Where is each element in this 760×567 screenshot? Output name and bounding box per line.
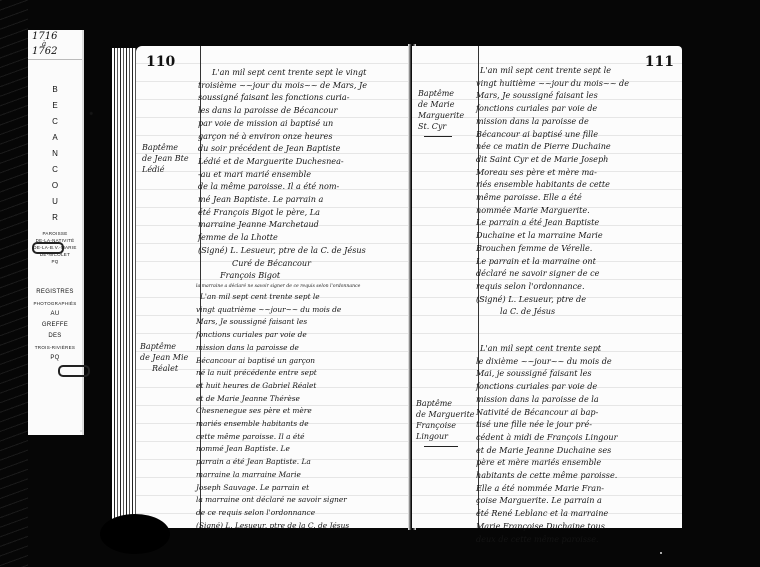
margin-note-baptism-4: Baptême de Marguerite Françoise Lingour: [416, 398, 475, 442]
entry-line: nommée Marie Marguerite.: [476, 204, 629, 217]
baptism-entry-1: L'an mil sept cent trente sept le vingt …: [198, 66, 367, 282]
margin-note-line: Marguerite: [418, 110, 464, 121]
entry-line: L'an mil sept cent trente sept le: [196, 291, 360, 304]
entry-line: le dixième ~~jour~~ du mois de: [476, 355, 617, 368]
margin-note-line: de Marguerite: [416, 409, 475, 420]
margin-note-line: St. Cyr: [418, 121, 464, 132]
entry-line: vingt huitième ~~jour du mois~~ de: [476, 77, 629, 90]
entry-line: la marraine ont déclaré ne savoir signer: [196, 494, 360, 507]
entry-line: -au et mari marié ensemble: [198, 168, 367, 181]
margin-note-line: Lédié: [142, 164, 189, 175]
entry-line: Bécancour ai baptisé une fille: [476, 128, 629, 141]
entry-line: Mars, Je soussigné faisant les: [196, 316, 360, 329]
margin-note-line: Baptême: [418, 88, 464, 99]
entry-line: père et mère mariés ensemble: [476, 456, 617, 469]
entry-line: Chesnenegue ses père et mère: [196, 405, 360, 418]
margin-divider: [424, 136, 452, 137]
entry-line: et de Marie Jeanne Thérèse: [196, 393, 360, 406]
entry-line: même paroisse. Elle a été: [476, 191, 629, 204]
entry-line: de ce requis selon l'ordonnance: [196, 507, 360, 520]
entry-line: Brouchen femme de Vérelle.: [476, 242, 629, 255]
entry-line: Moreau ses père et mère ma-: [476, 166, 629, 179]
label-letter: N: [52, 146, 58, 162]
margin-note-line: Baptême: [140, 341, 188, 352]
entry-line: été René Leblanc et la marraine: [476, 507, 617, 520]
entry-line: deux de cette même paroisse.: [476, 533, 617, 546]
entry-line: mission dans la paroisse de la: [476, 393, 617, 406]
entry-note: la marraine a déclaré ne savoir signer d…: [196, 283, 360, 291]
label-archive-line: GREFFE: [33, 320, 76, 331]
label-archive-line: AU: [33, 309, 76, 320]
entry-line: riés ensemble habitants de cette: [476, 178, 629, 191]
left-page-number: 110: [146, 54, 175, 70]
margin-note-line: Lingour: [416, 431, 475, 442]
margin-note-line: Réalet: [140, 363, 188, 374]
label-parish-name: B E C A N C O U R: [52, 82, 58, 226]
entry-signature: (Signé) L. Lesueur, ptre de la C. de Jés…: [198, 244, 367, 257]
entry-line: Nativité de Bécancour ai bap-: [476, 406, 617, 419]
entry-line: Le parrain et la marraine ont: [476, 255, 629, 268]
entry-line: femme de la Lhotte: [198, 231, 367, 244]
entry-line: dit Saint Cyr et de Marie Joseph: [476, 153, 629, 166]
entry-line: Lédié et de Marguerite Duchesnea-: [198, 155, 367, 168]
entry-line: mission dans la paroisse de: [476, 115, 629, 128]
entry-line: été François Bigot le père, La: [198, 206, 367, 219]
entry-line: troisième ~~jour du mois~~ de Mars, Je: [198, 79, 367, 92]
label-detail-line: PAROISSE: [33, 230, 76, 237]
entry-line: mariés ensemble habitants de: [196, 418, 360, 431]
entry-line: Joseph Sauvage. Le parrain et: [196, 482, 360, 495]
film-scratches: [0, 0, 28, 567]
right-page: 111 Baptême de Marie Marguerite St. Cyr …: [412, 46, 682, 528]
label-archive-line: PQ: [33, 353, 76, 364]
binding-shadow: [100, 514, 170, 554]
label-archive-line: PHOTOGRAPHIÉS: [33, 298, 76, 309]
entry-line: vingt quatrième ~~jour~~ du mois de: [196, 304, 360, 317]
label-year-start: 1716: [32, 32, 82, 41]
film-dust: [660, 552, 662, 554]
entry-line: L'an mil sept cent trente sept le vingt: [198, 66, 367, 79]
margin-note-line: de Jean Mie: [140, 352, 188, 363]
label-letter: R: [52, 210, 58, 226]
margin-note-baptism-2: Baptême de Jean Mie Réalet: [140, 341, 188, 374]
entry-line: tisé une fille née le jour pré-: [476, 418, 617, 431]
entry-line: né la nuit précédente entre sept: [196, 367, 360, 380]
margin-note-line: de Marie: [418, 99, 464, 110]
margin-note-line: Baptême: [142, 142, 189, 153]
entry-line: et huit heures de Gabriel Réalet: [196, 380, 360, 393]
entry-line: Elle a été nommée Marie Fran-: [476, 482, 617, 495]
label-letter: A: [52, 130, 57, 146]
entry-line: fonctions curiales par voie de: [476, 102, 629, 115]
entry-line: requis selon l'ordonnance.: [476, 280, 629, 293]
entry-signature: la C. de Jésus: [476, 305, 629, 318]
baptism-entry-4: L'an mil sept cent trente sept le dixièm…: [476, 342, 617, 545]
entry-line: du soir précédent de Jean Baptiste: [198, 142, 367, 155]
right-page-number: 111: [645, 54, 674, 70]
entry-signature: François Bigot: [198, 269, 367, 282]
entry-line: mission dans la paroisse de: [196, 342, 360, 355]
entry-line: les dans la paroisse de Bécancour: [198, 104, 367, 117]
entry-line: nommé Jean Baptiste. Le: [196, 443, 360, 456]
label-archive-info: REGISTRES PHOTOGRAPHIÉS AU GREFFE DES TR…: [33, 287, 76, 364]
label-letter: C: [52, 114, 58, 130]
margin-note-baptism-1: Baptême de Jean Bte Lédié: [142, 142, 189, 175]
film-dust: [80, 430, 82, 432]
label-archive-line: TROIS-RIVIÈRES: [33, 342, 76, 353]
entry-line: marraine la marraine Marie: [196, 469, 360, 482]
entry-signature: Curé de Bécancour: [198, 257, 367, 270]
entry-line: soussigné faisant les fonctions curia-: [198, 91, 367, 104]
label-letter: E: [52, 98, 57, 114]
label-year-end: 1762: [32, 47, 82, 56]
left-page: 110 Baptême de Jean Bte Lédié Baptême de…: [136, 46, 412, 528]
entry-line: marraine Jeanne Marchetaud: [198, 218, 367, 231]
entry-line: Bécancour ai baptisé un garçon: [196, 355, 360, 368]
entry-line: Mai, je soussigné faisant les: [476, 367, 617, 380]
entry-signature: (Signé) L. Lesueur, ptre de la C. de Jés…: [196, 520, 360, 533]
entry-line: déclaré ne savoir signer de ce: [476, 267, 629, 280]
margin-divider: [424, 446, 458, 447]
entry-line: de la même paroisse. Il a été nom-: [198, 180, 367, 193]
baptism-entry-3: L'an mil sept cent trente sept le vingt …: [476, 64, 629, 318]
label-letter: U: [52, 194, 58, 210]
entry-line: cédent à midi de François Lingour: [476, 431, 617, 444]
entry-line: Marie Françoise Duchaine tous: [476, 520, 617, 533]
entry-line: née ce matin de Pierre Duchaine: [476, 140, 629, 153]
margin-note-line: Baptême: [416, 398, 475, 409]
entry-line: fonctions curiales par voie de: [196, 329, 360, 342]
label-archive-line: REGISTRES: [33, 287, 76, 298]
entry-line: garçon né à environ onze heures: [198, 130, 367, 143]
page-stack-edges: [112, 48, 136, 528]
entry-line: et de Marie Jeanne Duchaine ses: [476, 444, 617, 457]
paper-clip-icon: [32, 242, 64, 254]
entry-line: fonctions curiales par voie de: [476, 380, 617, 393]
entry-line: parrain a été Jean Baptiste. La: [196, 456, 360, 469]
register-book: 110 Baptême de Jean Bte Lédié Baptême de…: [112, 44, 688, 531]
margin-note-line: Françoise: [416, 420, 475, 431]
entry-line: par voie de mission ai baptisé un: [198, 117, 367, 130]
entry-line: habitants de cette même paroisse.: [476, 469, 617, 482]
label-letter: C: [52, 162, 58, 178]
label-archive-line: DES: [33, 331, 76, 342]
entry-line: çoise Marguerite. Le parrain a: [476, 494, 617, 507]
entry-line: Mars, Je soussigné faisant les: [476, 89, 629, 102]
label-letter: O: [52, 178, 58, 194]
entry-line: mé Jean Baptiste. Le parrain a: [198, 193, 367, 206]
entry-line: Le parrain a été Jean Baptiste: [476, 216, 629, 229]
margin-note-line: de Jean Bte: [142, 153, 189, 164]
margin-note-baptism-3: Baptême de Marie Marguerite St. Cyr: [418, 88, 464, 132]
entry-line: cette même paroisse. Il a été: [196, 431, 360, 444]
label-detail-line: PQ: [33, 258, 76, 265]
entry-signature: (Signé) L. Lesueur, ptre de: [476, 293, 629, 306]
entry-line: L'an mil sept cent trente sept le: [476, 64, 629, 77]
entry-line: L'an mil sept cent trente sept: [476, 342, 617, 355]
entry-line: Duchaine et la marraine Marie: [476, 229, 629, 242]
baptism-entry-2: la marraine a déclaré ne savoir signer d…: [196, 283, 360, 532]
archive-label-strip: 1716 à 1762 B E C A N C O U R PAROISSE D…: [28, 30, 84, 435]
label-letter: B: [52, 82, 57, 98]
paper-clip-icon: [58, 365, 90, 377]
label-year-range: 1716 à 1762: [28, 30, 82, 60]
